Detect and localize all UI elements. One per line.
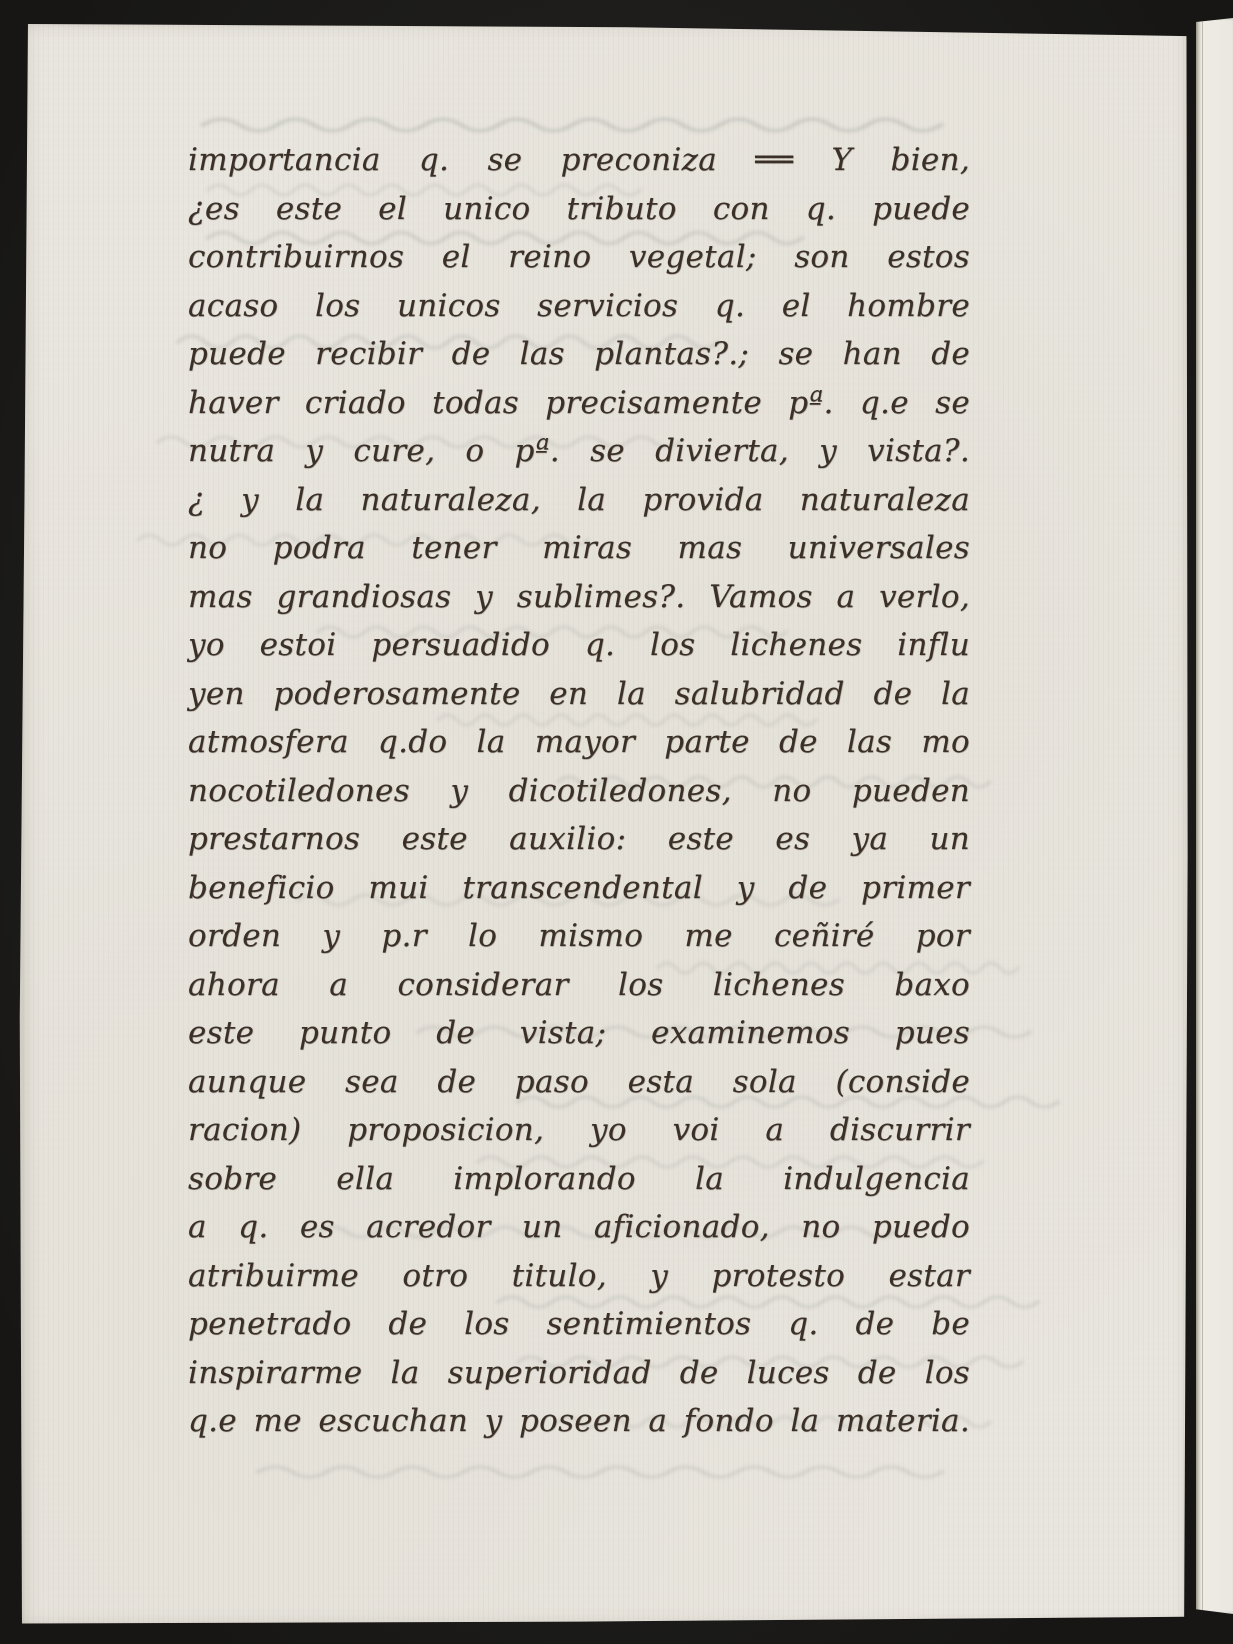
handwritten-line: racion) proposicion, yo voi a discurrir — [188, 1106, 970, 1155]
handwritten-line: atribuirme otro titulo, y protesto estar — [188, 1252, 970, 1301]
handwritten-line: yo estoi persuadido q. los lichenes infl… — [188, 621, 970, 670]
adjacent-page-fold-line — [1202, 18, 1203, 1614]
handwritten-line: importancia q. se preconiza ══ Y bien, — [188, 136, 970, 185]
handwritten-line: inspirarme la superioridad de luces de l… — [188, 1349, 970, 1398]
handwritten-line: orden y p.r lo mismo me ceñiré por — [188, 912, 970, 961]
handwritten-line: haver criado todas precisamente pª. q.e … — [188, 379, 970, 428]
handwritten-line: nutra y cure, o pª. se divierta, y vista… — [188, 427, 970, 476]
handwritten-line: contribuirnos el reino vegetal; son esto… — [188, 233, 970, 282]
handwritten-line: penetrado de los sentimientos q. de be — [188, 1300, 970, 1349]
adjacent-page-edge — [1196, 18, 1233, 1614]
handwritten-line: atmosfera q.do la mayor parte de las mo — [188, 718, 970, 767]
handwritten-line: este punto de vista; examinemos pues — [188, 1009, 970, 1058]
handwritten-line: a q. es acredor un aficionado, no puedo — [188, 1203, 970, 1252]
manuscript-page: importancia q. se preconiza ══ Y bien, ¿… — [18, 20, 1190, 1628]
handwritten-line: ahora a considerar los lichenes baxo — [188, 961, 970, 1010]
handwritten-line: ¿ y la naturaleza, la provida naturaleza — [188, 476, 970, 525]
handwritten-line: beneficio mui transcendental y de primer — [188, 864, 970, 913]
handwritten-line: no podra tener miras mas universales — [188, 524, 970, 573]
handwritten-line: ¿es este el unico tributo con q. puede — [188, 185, 970, 234]
handwritten-line: q.e me escuchan y poseen a fondo la mate… — [188, 1397, 970, 1446]
handwritten-line: nocotiledones y dicotiledones, no pueden — [188, 767, 970, 816]
handwritten-line: acaso los unicos servicios q. el hombre — [188, 282, 970, 331]
handwritten-line: aunque sea de paso esta sola (conside — [188, 1058, 970, 1107]
handwritten-line: prestarnos este auxilio: este es ya un — [188, 815, 970, 864]
handwritten-line: yen poderosamente en la salubridad de la — [188, 670, 970, 719]
handwritten-line: sobre ella implorando la indulgencia — [188, 1155, 970, 1204]
handwritten-line: mas grandiosas y sublimes?. Vamos a verl… — [188, 573, 970, 622]
scanned-book-photo: importancia q. se preconiza ══ Y bien, ¿… — [0, 0, 1233, 1644]
handwriting-text-block: importancia q. se preconiza ══ Y bien, ¿… — [188, 136, 970, 1446]
handwritten-line: puede recibir de las plantas?.; se han d… — [188, 330, 970, 379]
